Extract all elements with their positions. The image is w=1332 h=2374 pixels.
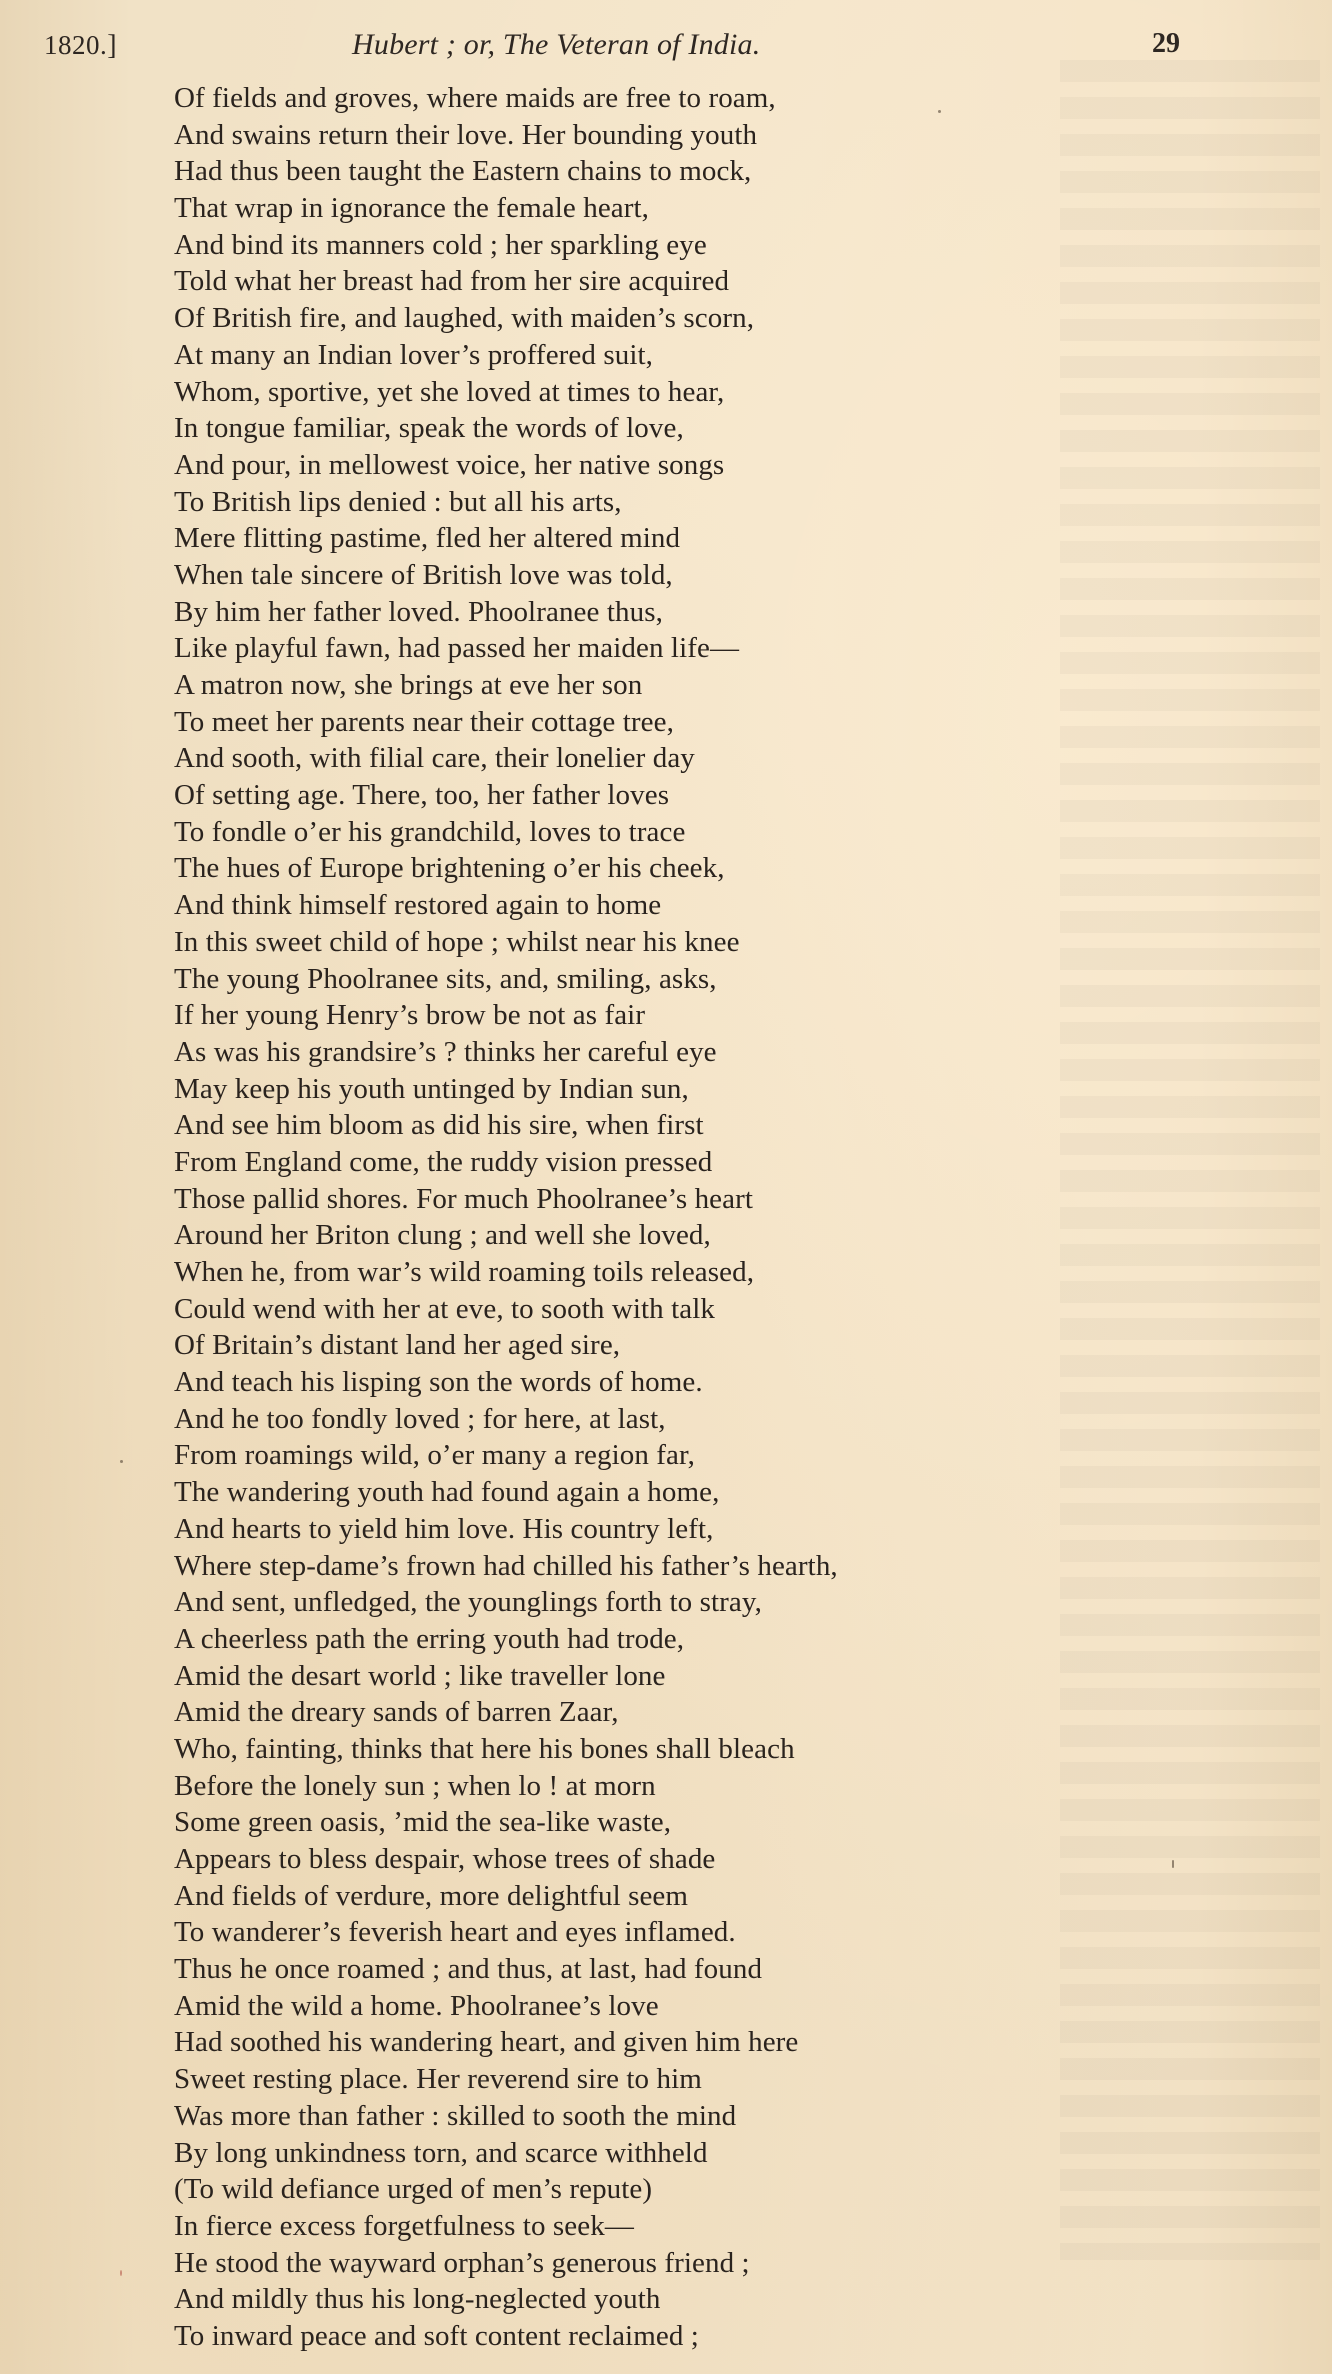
verse-line: And fields of verdure, more delightful s… [174,1878,838,1915]
verse-line: And pour, in mellowest voice, her native… [174,447,838,484]
verse-line: And swains return their love. Her boundi… [174,117,838,154]
paper-speck [1172,1860,1174,1868]
paper-speck [120,1460,123,1463]
verse-line: Was more than father : skilled to sooth … [174,2098,838,2135]
verse-line: And think himself restored again to home [174,887,838,924]
verse-line: And bind its manners cold ; her sparklin… [174,227,838,264]
running-head-bracket: ] [107,30,117,61]
verse-line: And he too fondly loved ; for here, at l… [174,1401,838,1438]
verse-line: Amid the dreary sands of barren Zaar, [174,1694,838,1731]
verse-line: As was his grandsire’s ? thinks her care… [174,1034,838,1071]
verse-line: Like playful fawn, had passed her maiden… [174,630,838,667]
book-page: 1820.] Hubert ; or, The Veteran of India… [0,0,1332,2374]
verse-line: To fondle o’er his grandchild, loves to … [174,814,838,851]
verse-line: Amid the desart world ; like traveller l… [174,1658,838,1695]
verse-line: Of Britain’s distant land her aged sire, [174,1327,838,1364]
verse-line: When tale sincere of British love was to… [174,557,838,594]
verse-line: From England come, the ruddy vision pres… [174,1144,838,1181]
verse-line: Where step-dame’s frown had chilled his … [174,1548,838,1585]
verse-line: To British lips denied : but all his art… [174,484,838,521]
verse-line: And mildly thus his long-neglected youth [174,2281,838,2318]
verse-line: Had soothed his wandering heart, and giv… [174,2024,838,2061]
verse-line: Told what her breast had from her sire a… [174,263,838,300]
verse-line: Of setting age. There, too, her father l… [174,777,838,814]
verse-line: At many an Indian lover’s proffered suit… [174,337,838,374]
verse-line: Whom, sportive, yet she loved at times t… [174,374,838,411]
verse-line: And sooth, with filial care, their lonel… [174,740,838,777]
verse-line: The wandering youth had found again a ho… [174,1474,838,1511]
verse-line: Some green oasis, ’mid the sea-like wast… [174,1804,838,1841]
verse-line: Appears to bless despair, whose trees of… [174,1841,838,1878]
verse-line: Who, fainting, thinks that here his bone… [174,1731,838,1768]
verse-line: To inward peace and soft content reclaim… [174,2318,838,2355]
verse-line: In tongue familiar, speak the words of l… [174,410,838,447]
verse-line: Had thus been taught the Eastern chains … [174,153,838,190]
verse-line: Amid the wild a home. Phoolranee’s love [174,1988,838,2025]
verse-line: In fierce excess forgetfulness to seek— [174,2208,838,2245]
verse-line: In this sweet child of hope ; whilst nea… [174,924,838,961]
bleed-through-text [1060,60,1320,2260]
verse-line: Around her Briton clung ; and well she l… [174,1217,838,1254]
verse-line: Thus he once roamed ; and thus, at last,… [174,1951,838,1988]
verse-line: Mere flitting pastime, fled her altered … [174,520,838,557]
running-head-year: 1820.] [44,30,117,62]
verse-line: And hearts to yield him love. His countr… [174,1511,838,1548]
verse-line: (To wild defiance urged of men’s repute) [174,2171,838,2208]
verse-line: Sweet resting place. Her reverend sire t… [174,2061,838,2098]
paper-speck [938,110,941,113]
verse-line: Of fields and groves, where maids are fr… [174,80,838,117]
verse-line: Could wend with her at eve, to sooth wit… [174,1291,838,1328]
verse-line: To wanderer’s feverish heart and eyes in… [174,1914,838,1951]
verse-line: To meet her parents near their cottage t… [174,704,838,741]
verse-line: If her young Henry’s brow be not as fair [174,997,838,1034]
verse-line: By long unkindness torn, and scarce with… [174,2135,838,2172]
running-head-title: Hubert ; or, The Veteran of India. [352,28,760,62]
verse-line: And see him bloom as did his sire, when … [174,1107,838,1144]
verse-line: A cheerless path the erring youth had tr… [174,1621,838,1658]
verse-line: Those pallid shores. For much Phoolranee… [174,1181,838,1218]
verse-line: The hues of Europe brightening o’er his … [174,850,838,887]
page-number: 29 [1152,28,1180,60]
running-head: 1820.] Hubert ; or, The Veteran of India… [0,28,1332,68]
paper-speck [120,2270,122,2276]
verse-line: May keep his youth untinged by Indian su… [174,1071,838,1108]
verse-line: When he, from war’s wild roaming toils r… [174,1254,838,1291]
verse-line: Before the lonely sun ; when lo ! at mor… [174,1768,838,1805]
verse-line: The young Phoolranee sits, and, smiling,… [174,961,838,998]
verse-line: And sent, unfledged, the younglings fort… [174,1584,838,1621]
verse-line: A matron now, she brings at eve her son [174,667,838,704]
verse-body: Of fields and groves, where maids are fr… [174,80,838,2355]
verse-line: He stood the wayward orphan’s generous f… [174,2245,838,2282]
verse-line: Of British fire, and laughed, with maide… [174,300,838,337]
verse-line: By him her father loved. Phoolranee thus… [174,594,838,631]
verse-line: And teach his lisping son the words of h… [174,1364,838,1401]
verse-line: That wrap in ignorance the female heart, [174,190,838,227]
verse-line: From roamings wild, o’er many a region f… [174,1437,838,1474]
